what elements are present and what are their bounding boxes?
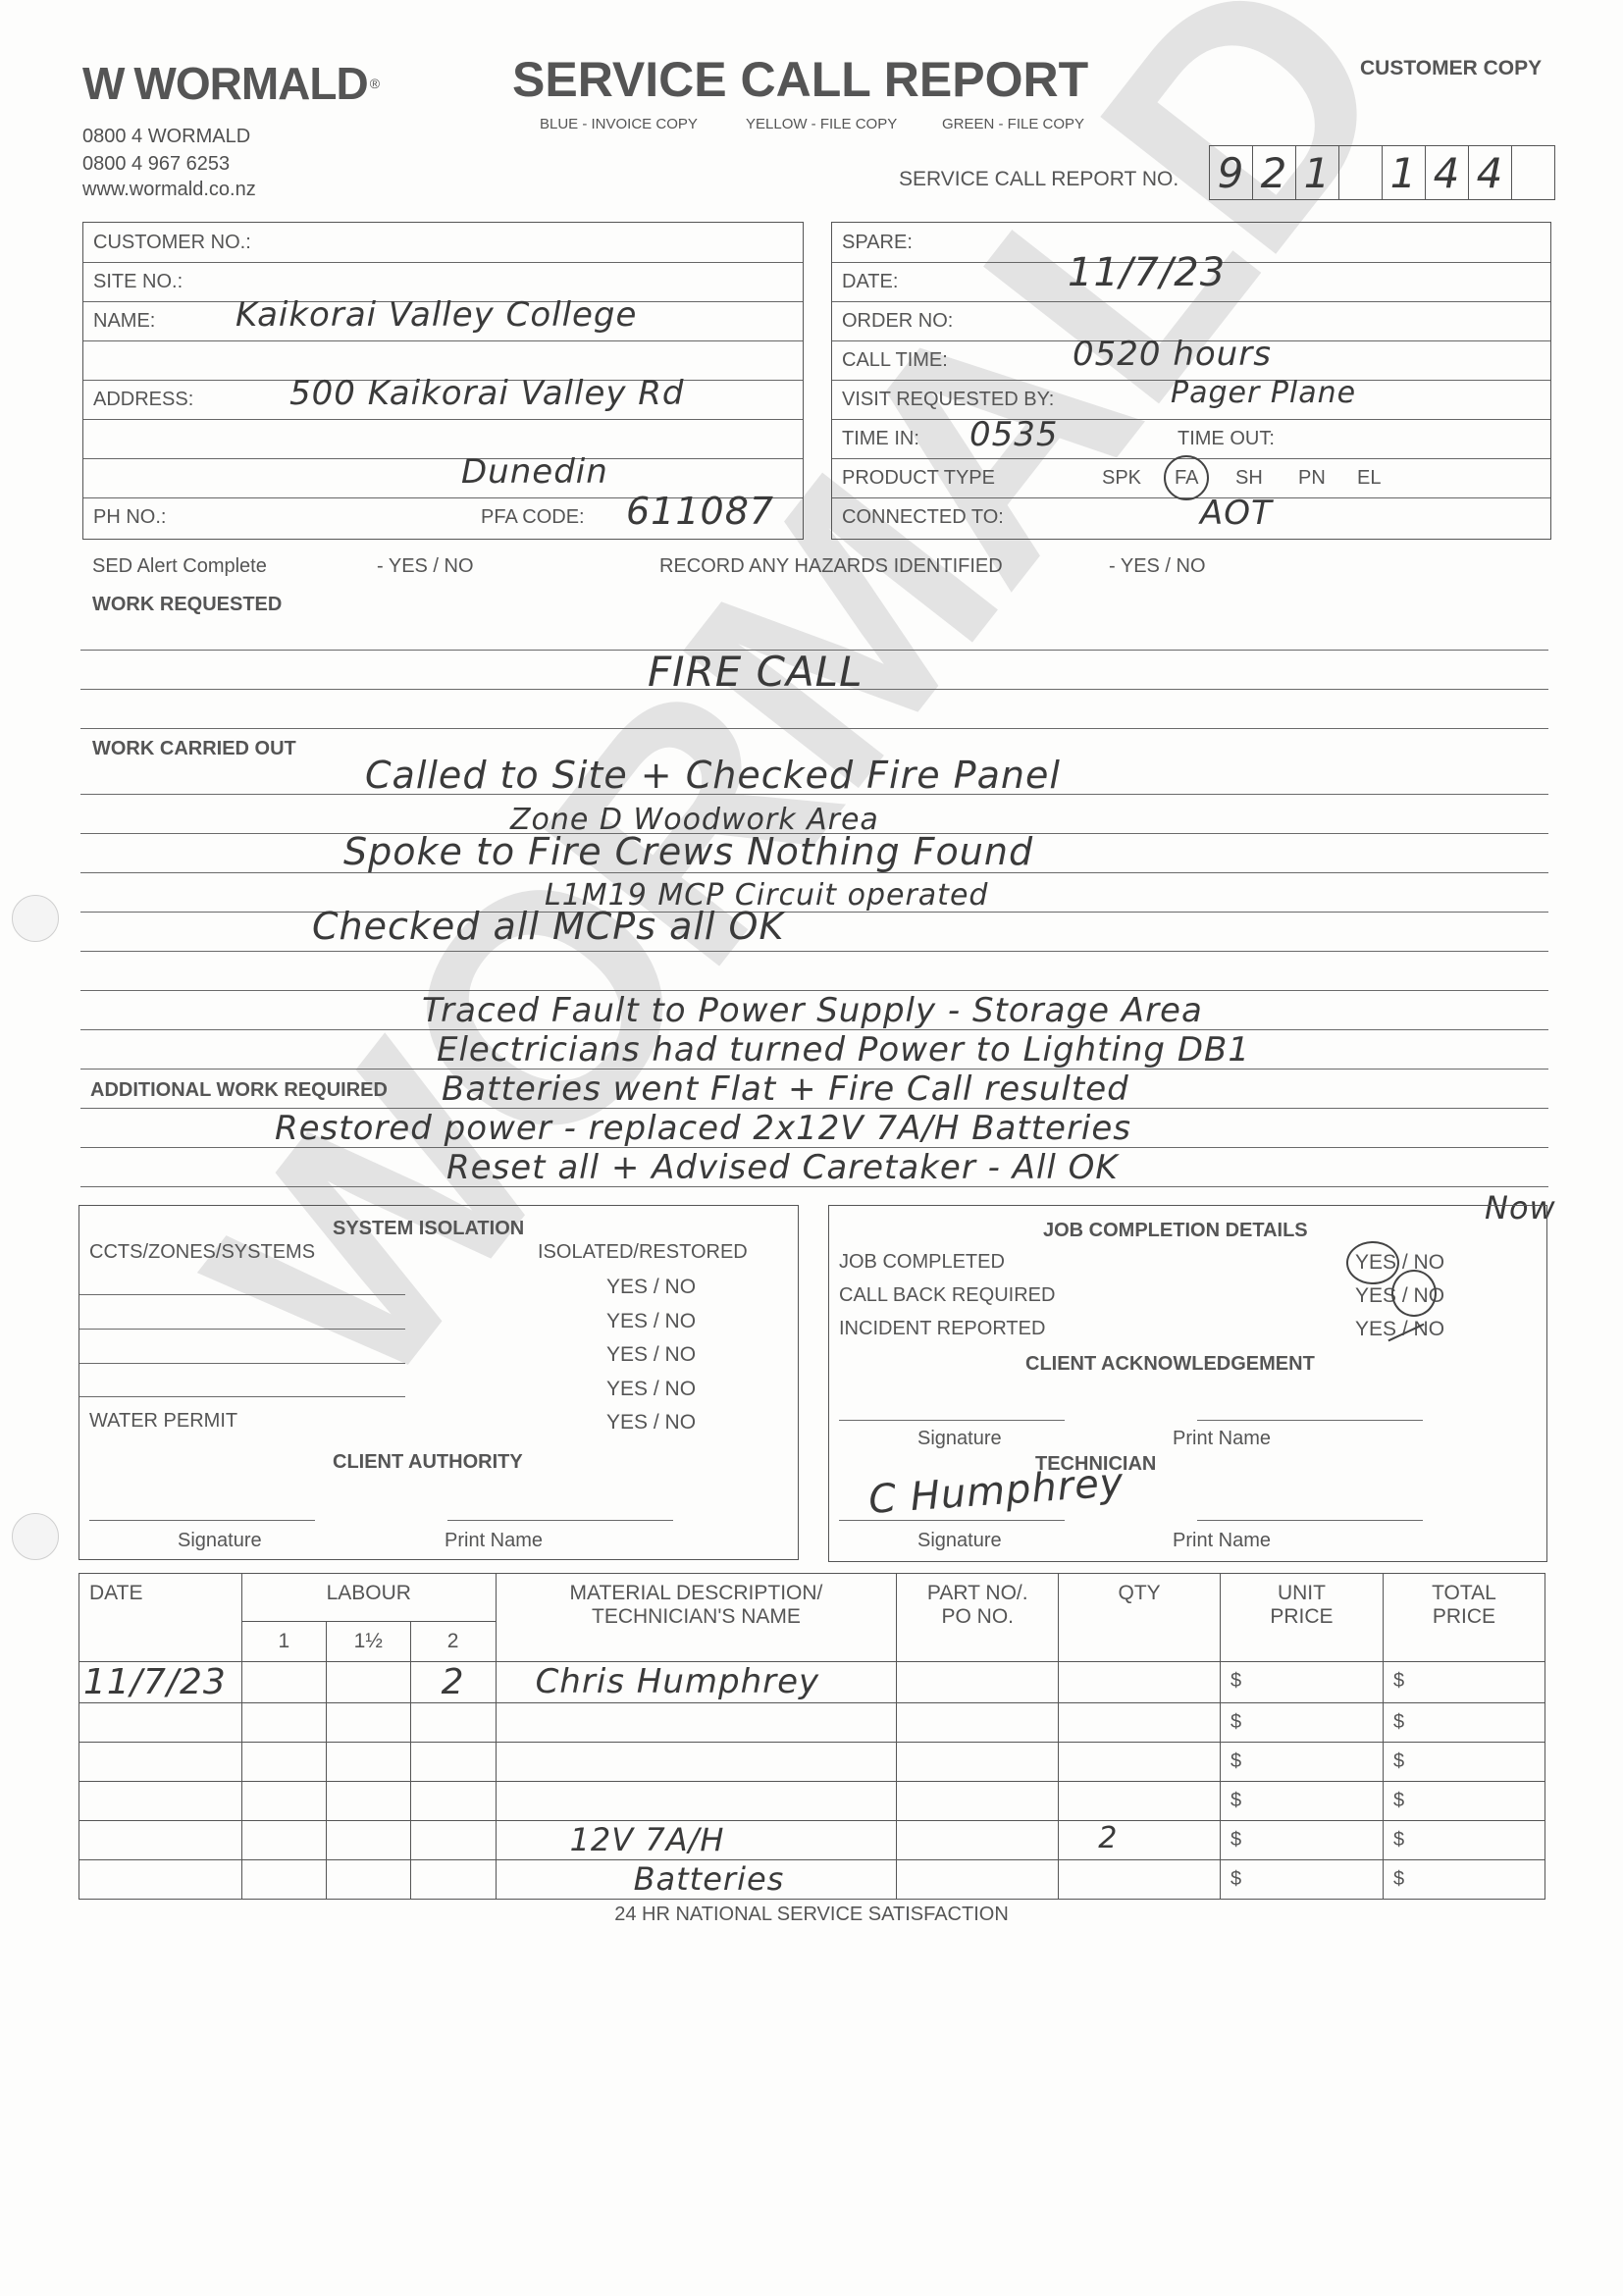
date-cell[interactable] — [79, 1743, 242, 1782]
job-completion-box: JOB COMPLETION DETAILS JOB COMPLETED YES… — [828, 1205, 1547, 1562]
labour-1-5-cell[interactable] — [326, 1782, 410, 1821]
material-cell[interactable]: Chris Humphrey — [496, 1662, 897, 1703]
material-cell[interactable] — [496, 1703, 897, 1743]
additional-work-line[interactable]: Reset all + Advised Caretaker - All OK — [446, 1148, 1119, 1187]
visit-requested-by-field[interactable]: Pager Plane — [1171, 376, 1356, 410]
connected-to-label: CONNECTED TO: — [842, 506, 1004, 529]
total-price-cell[interactable]: $ — [1383, 1703, 1544, 1743]
sed-alert-options[interactable]: - YES / NO — [377, 555, 474, 578]
technician-signature[interactable]: C Humphrey — [867, 1460, 1126, 1523]
dollar-sign: $ — [1230, 1670, 1241, 1693]
dollar-sign: $ — [1230, 1750, 1241, 1773]
material-cell[interactable] — [496, 1743, 897, 1782]
work-carried-out-line[interactable]: Spoke to Fire Crews Nothing Found — [343, 830, 1033, 873]
col-header-unit-price: UNIT PRICE — [1220, 1574, 1383, 1662]
call-details-box: SPARE: DATE: 11/7/23 ORDER NO: CALL TIME… — [831, 222, 1551, 540]
technician-print-name-label: Print Name — [1173, 1530, 1271, 1552]
system-isolation-box: SYSTEM ISOLATION CCTS/ZONES/SYSTEMS ISOL… — [79, 1205, 799, 1560]
print-name-line — [1197, 1520, 1423, 1521]
part-no-cell[interactable] — [897, 1703, 1059, 1743]
report-digit: 1 — [1383, 146, 1426, 199]
report-number-boxes: 9 2 1 1 4 4 — [1209, 145, 1555, 200]
col-header-date: DATE — [79, 1574, 242, 1662]
isolation-yes-no[interactable]: YES / NO — [606, 1378, 696, 1401]
wormald-logo-icon: W — [82, 57, 124, 110]
client-authority-title: CLIENT AUTHORITY — [333, 1451, 523, 1474]
contact-phone-1: 0800 4 WORMALD — [82, 126, 250, 148]
labour-1-5-cell[interactable] — [326, 1821, 410, 1860]
visit-requested-row: VISIT REQUESTED BY: Pager Plane — [832, 380, 1550, 420]
hole-punch-bottom — [12, 1513, 59, 1560]
dollar-sign: $ — [1393, 1790, 1404, 1812]
customer-details-box: CUSTOMER NO.: SITE NO.: NAME: Kaikorai V… — [82, 222, 804, 540]
labour-materials-table: DATE LABOUR MATERIAL DESCRIPTION/ TECHNI… — [79, 1573, 1545, 1900]
print-name-line — [447, 1520, 673, 1521]
work-requested-label: WORK REQUESTED — [92, 594, 282, 616]
copy-legend-blue: BLUE - INVOICE COPY — [540, 116, 698, 132]
material-cell[interactable] — [496, 1782, 897, 1821]
date-cell[interactable] — [79, 1821, 242, 1860]
col-header-labour-1: 1 — [241, 1622, 326, 1662]
additional-work-label: ADDITIONAL WORK REQUIRED — [90, 1079, 388, 1102]
unit-price-cell[interactable]: $ — [1220, 1743, 1383, 1782]
col-header-labour-2: 2 — [410, 1622, 496, 1662]
qty-cell[interactable] — [1059, 1743, 1221, 1782]
col-header-labour: LABOUR — [241, 1574, 496, 1622]
copy-type-label: CUSTOMER COPY — [1360, 57, 1542, 80]
registered-mark: ® — [370, 76, 379, 91]
col-header-part-no: PART NO/. PO NO. — [897, 1574, 1059, 1662]
no-circle-icon — [1391, 1270, 1437, 1317]
page-title: SERVICE CALL REPORT — [512, 51, 1088, 108]
isolation-yes-no[interactable]: YES / NO — [606, 1310, 696, 1333]
col-header-labour-1-5: 1½ — [326, 1622, 410, 1662]
table-row: $ $ — [79, 1782, 1545, 1821]
date-label: DATE: — [842, 271, 898, 293]
product-type-el[interactable]: EL — [1357, 467, 1381, 490]
copy-legend-yellow: YELLOW - FILE COPY — [746, 116, 897, 132]
table-row: 12V 7A/H 2 $ $ — [79, 1821, 1545, 1860]
isolation-yes-no[interactable]: YES / NO — [606, 1343, 696, 1367]
product-type-label: PRODUCT TYPE — [842, 467, 995, 490]
divider — [80, 728, 1548, 729]
unit-price-cell[interactable]: $ — [1220, 1860, 1383, 1900]
labour-1-5-cell[interactable] — [326, 1860, 410, 1900]
part-no-cell[interactable] — [897, 1860, 1059, 1900]
additional-work-line[interactable]: Restored power - replaced 2x12V 7A/H Bat… — [275, 1109, 1131, 1148]
dollar-sign: $ — [1230, 1790, 1241, 1812]
report-digit: 2 — [1253, 146, 1296, 199]
sed-alert-label: SED Alert Complete — [92, 555, 267, 578]
time-in-label: TIME IN: — [842, 428, 919, 450]
report-digit: 4 — [1426, 146, 1469, 199]
total-price-cell[interactable]: $ — [1383, 1743, 1544, 1782]
wormald-logo: W WORMALD ® — [82, 57, 379, 110]
date-cell[interactable] — [79, 1860, 242, 1900]
part-no-cell[interactable] — [897, 1662, 1059, 1703]
table-row: 11/7/23 2 Chris Humphrey $ $ — [79, 1662, 1545, 1703]
yes-circle-icon — [1346, 1241, 1399, 1284]
work-requested-text[interactable]: FIRE CALL — [648, 648, 863, 696]
date-cell[interactable]: 11/7/23 — [79, 1662, 242, 1703]
col-header-total-price: TOTAL PRICE — [1383, 1574, 1544, 1662]
signature-line — [839, 1520, 1065, 1521]
ccts-zones-label: CCTS/ZONES/SYSTEMS — [89, 1241, 315, 1264]
labour-1-cell[interactable] — [241, 1821, 326, 1860]
total-price-cell[interactable]: $ — [1383, 1782, 1544, 1821]
ph-no-label: PH NO.: — [93, 506, 166, 529]
connected-to-field[interactable]: AOT — [1200, 494, 1273, 533]
labour-2-cell[interactable]: 2 — [410, 1662, 496, 1703]
dollar-sign: $ — [1230, 1868, 1241, 1891]
print-name-line — [1197, 1420, 1423, 1421]
part-no-cell[interactable] — [897, 1782, 1059, 1821]
dollar-sign: $ — [1393, 1750, 1404, 1773]
qty-cell[interactable] — [1059, 1860, 1221, 1900]
report-number-label: SERVICE CALL REPORT NO. — [899, 168, 1178, 191]
labour-1-5-cell[interactable] — [326, 1662, 410, 1703]
isolation-yes-no[interactable]: YES / NO — [606, 1276, 696, 1299]
footer-tagline: 24 HR NATIONAL SERVICE SATISFACTION — [0, 1904, 1623, 1926]
labour-2-cell[interactable] — [410, 1860, 496, 1900]
client-authority-signature-label: Signature — [178, 1530, 262, 1552]
hole-punch-top — [12, 895, 59, 942]
phone-row: PH NO.: PFA CODE: 611087 — [83, 497, 803, 537]
col-header-qty: QTY — [1059, 1574, 1221, 1662]
client-signature-label: Signature — [917, 1428, 1002, 1450]
date-field[interactable]: 11/7/23 — [1068, 250, 1226, 295]
labour-2-cell[interactable] — [410, 1821, 496, 1860]
client-acknowledgement-title: CLIENT ACKNOWLEDGEMENT — [1025, 1353, 1315, 1376]
labour-1-cell[interactable] — [241, 1703, 326, 1743]
table-row: $ $ — [79, 1703, 1545, 1743]
unit-price-cell[interactable]: $ — [1220, 1662, 1383, 1703]
client-print-name-label: Print Name — [1173, 1428, 1271, 1450]
product-type-row: PRODUCT TYPE SPK FA SH PN EL — [832, 458, 1550, 498]
part-no-cell[interactable] — [897, 1743, 1059, 1782]
total-price-cell[interactable]: $ — [1383, 1860, 1544, 1900]
call-time-row: CALL TIME: 0520 hours — [832, 340, 1550, 381]
time-in-row: TIME IN: 0535 TIME OUT: — [832, 419, 1550, 459]
labour-1-5-cell[interactable] — [326, 1703, 410, 1743]
dollar-sign: $ — [1393, 1670, 1404, 1693]
report-digit: 1 — [1296, 146, 1339, 199]
address-line2-field[interactable]: Dunedin — [461, 452, 608, 492]
qty-cell[interactable] — [1059, 1782, 1221, 1821]
dollar-sign: $ — [1393, 1829, 1404, 1852]
work-carried-out-line[interactable]: Called to Site + Checked Fire Panel — [365, 754, 1061, 797]
additional-work-line[interactable]: Electricians had turned Power to Lightin… — [437, 1030, 1250, 1070]
total-price-cell[interactable]: $ — [1383, 1662, 1544, 1703]
address-label: ADDRESS: — [93, 389, 193, 411]
connected-to-row: CONNECTED TO: AOT — [832, 497, 1550, 537]
product-type-sh[interactable]: SH — [1235, 467, 1263, 490]
additional-work-line[interactable]: Batteries went Flat + Fire Call resulted — [442, 1070, 1129, 1109]
date-cell[interactable] — [79, 1782, 242, 1821]
signature-line — [89, 1520, 315, 1521]
technician-signature-label: Signature — [917, 1530, 1002, 1552]
zone-line — [79, 1396, 405, 1397]
labour-1-cell[interactable] — [241, 1743, 326, 1782]
report-digit — [1339, 146, 1383, 199]
qty-cell[interactable] — [1059, 1662, 1221, 1703]
water-permit-yes-no[interactable]: YES / NO — [606, 1411, 696, 1435]
order-no-label: ORDER NO: — [842, 310, 953, 333]
part-no-cell[interactable] — [897, 1821, 1059, 1860]
additional-work-line[interactable]: Traced Fault to Power Supply - Storage A… — [422, 991, 1203, 1030]
dollar-sign: $ — [1230, 1711, 1241, 1734]
product-type-spk[interactable]: SPK — [1102, 467, 1141, 490]
name-row: NAME: Kaikorai Valley College — [83, 301, 803, 341]
material-cell[interactable]: Batteries — [496, 1860, 897, 1900]
site-no-label: SITE NO.: — [93, 271, 183, 293]
labour-2-cell[interactable] — [410, 1782, 496, 1821]
dollar-sign: $ — [1393, 1868, 1404, 1891]
zone-line — [79, 1363, 405, 1364]
name-label: NAME: — [93, 310, 155, 333]
call-time-label: CALL TIME: — [842, 349, 948, 372]
col-header-material: MATERIAL DESCRIPTION/ TECHNICIAN'S NAME — [496, 1574, 897, 1662]
date-row: DATE: 11/7/23 — [832, 262, 1550, 302]
unit-price-cell[interactable]: $ — [1220, 1782, 1383, 1821]
call-back-required-label: CALL BACK REQUIRED — [839, 1284, 1055, 1307]
water-permit-label: WATER PERMIT — [89, 1410, 237, 1433]
signature-line — [839, 1420, 1065, 1421]
dollar-sign: $ — [1393, 1711, 1404, 1734]
report-digit: 9 — [1210, 146, 1253, 199]
date-cell[interactable] — [79, 1703, 242, 1743]
address-line1-field[interactable]: 500 Kaikorai Valley Rd — [289, 374, 685, 413]
address-row: ADDRESS: 500 Kaikorai Valley Rd — [83, 380, 803, 420]
report-digit — [1512, 146, 1554, 199]
name-field[interactable]: Kaikorai Valley College — [236, 295, 637, 335]
job-completion-title: JOB COMPLETION DETAILS — [1043, 1220, 1308, 1242]
customer-no-label: CUSTOMER NO.: — [93, 232, 251, 254]
job-completed-label: JOB COMPLETED — [839, 1251, 1005, 1274]
labour-2-cell[interactable] — [410, 1703, 496, 1743]
table-row: Batteries $ $ — [79, 1860, 1545, 1900]
zone-line — [79, 1329, 405, 1330]
work-carried-out-label: WORK CARRIED OUT — [92, 738, 296, 760]
customer-no-row: CUSTOMER NO.: — [83, 223, 803, 263]
qty-cell[interactable] — [1059, 1703, 1221, 1743]
call-time-field[interactable]: 0520 hours — [1073, 335, 1272, 374]
hazards-label: RECORD ANY HAZARDS IDENTIFIED — [659, 555, 1003, 578]
address-row-2 — [83, 419, 803, 459]
pfa-code-label: PFA CODE: — [481, 506, 585, 529]
spare-label: SPARE: — [842, 232, 913, 254]
contact-phone-2: 0800 4 967 6253 — [82, 153, 230, 176]
total-price-cell[interactable]: $ — [1383, 1821, 1544, 1860]
hazards-options[interactable]: - YES / NO — [1109, 555, 1206, 578]
client-authority-print-name-label: Print Name — [445, 1530, 543, 1552]
labour-2-cell[interactable] — [410, 1743, 496, 1782]
incident-reported-yes-no[interactable]: YES / NO — [1355, 1318, 1444, 1341]
dollar-sign: $ — [1230, 1829, 1241, 1852]
copy-legend-green: GREEN - FILE COPY — [942, 116, 1084, 132]
contact-website: www.wormald.co.nz — [82, 179, 256, 201]
isolated-restored-label: ISOLATED/RESTORED — [538, 1241, 748, 1264]
incident-reported-label: INCIDENT REPORTED — [839, 1318, 1045, 1340]
material-cell[interactable]: 12V 7A/H — [496, 1821, 897, 1860]
logo-text: WORMALD — [133, 57, 367, 110]
product-type-pn[interactable]: PN — [1298, 467, 1326, 490]
work-carried-out-line[interactable]: Checked all MCPs all OK — [312, 905, 784, 948]
pfa-code-field[interactable]: 611087 — [626, 490, 774, 533]
labour-1-cell[interactable] — [241, 1860, 326, 1900]
zone-line — [79, 1294, 405, 1295]
visit-requested-by-label: VISIT REQUESTED BY: — [842, 389, 1054, 411]
labour-1-5-cell[interactable] — [326, 1743, 410, 1782]
system-isolation-title: SYSTEM ISOLATION — [333, 1218, 524, 1240]
qty-cell[interactable]: 2 — [1059, 1821, 1221, 1860]
time-in-field[interactable]: 0535 — [969, 415, 1059, 454]
labour-1-cell[interactable] — [241, 1662, 326, 1703]
labour-1-cell[interactable] — [241, 1782, 326, 1821]
report-digit: 4 — [1469, 146, 1512, 199]
time-out-label: TIME OUT: — [1178, 428, 1275, 450]
unit-price-cell[interactable]: $ — [1220, 1703, 1383, 1743]
divider — [80, 951, 1548, 952]
unit-price-cell[interactable]: $ — [1220, 1821, 1383, 1860]
service-call-report-form: W WORMALD ® 0800 4 WORMALD 0800 4 967 62… — [0, 0, 1623, 2296]
table-row: $ $ — [79, 1743, 1545, 1782]
